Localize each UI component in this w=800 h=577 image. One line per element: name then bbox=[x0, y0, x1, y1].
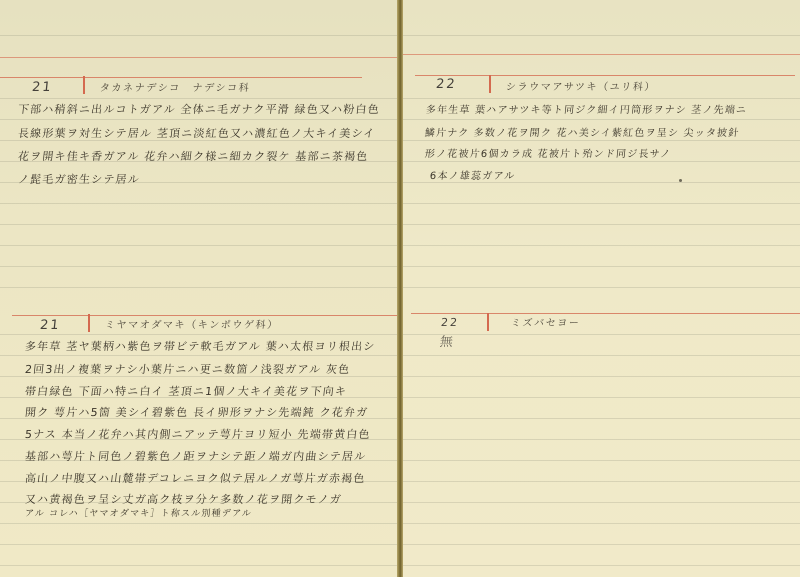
ruled-line bbox=[0, 565, 397, 566]
entry-number: 22 bbox=[435, 77, 457, 92]
note-line: 下部ハ稍斜ニ出ルコトガアル 全体ニ毛ガナク平滑 緑色又ハ粉白色 bbox=[17, 101, 381, 117]
ruled-line bbox=[403, 397, 800, 398]
species-name: ミズバセヨー bbox=[510, 314, 581, 329]
red-margin-tick bbox=[489, 75, 491, 93]
note-line: 開ク 萼片ハ5箇 美シイ碧紫色 長イ卵形ヲナシ先端鈍 ク花弁ガ bbox=[24, 404, 369, 420]
entry-number: 21 bbox=[39, 318, 61, 333]
ruled-line bbox=[403, 287, 800, 288]
ruled-line bbox=[403, 182, 800, 183]
ruled-line bbox=[403, 334, 800, 335]
ruled-line bbox=[403, 140, 800, 141]
ruled-line bbox=[403, 355, 800, 356]
ruled-line bbox=[0, 119, 397, 120]
ruled-line bbox=[403, 418, 800, 419]
ruled-line bbox=[403, 224, 800, 225]
ink-speck bbox=[679, 179, 682, 182]
note-line: 5ナス 本当ノ花弁ハ其内側ニアッテ萼片ヨリ短小 先端帯黄白色 bbox=[24, 426, 371, 442]
note-line: 6本ノ雄蕊ガアル bbox=[429, 167, 516, 182]
ruled-line bbox=[0, 266, 397, 267]
ruled-line bbox=[0, 35, 397, 36]
red-margin-tick bbox=[83, 76, 85, 94]
ruled-line bbox=[0, 245, 397, 246]
ruled-line bbox=[403, 502, 800, 503]
note-line: 無 bbox=[439, 331, 455, 350]
note-line: 高山ノ中腹又ハ山麓帯デコレニヨク似テ居ルノガ萼片ガ赤褐色 bbox=[24, 470, 366, 486]
ruled-line bbox=[403, 203, 800, 204]
note-line: ノ髭毛ガ密生シテ居ル bbox=[17, 171, 141, 187]
red-margin-tick bbox=[88, 314, 90, 332]
ruled-line bbox=[403, 565, 800, 566]
note-line: 多年草 茎ヤ葉柄ハ紫色ヲ帯ビテ軟毛ガアル 葉ハ太根ヨリ根出シ bbox=[24, 338, 376, 354]
ruled-line bbox=[0, 523, 397, 524]
ruled-line bbox=[403, 35, 800, 36]
note-line: アル コレハ［ヤマオダマキ］ト称スル別種デアル bbox=[24, 506, 252, 519]
note-line: 長線形葉ヲ対生シテ居ル 茎頂ニ淡紅色又ハ濃紅色ノ大キイ美シイ bbox=[17, 125, 376, 141]
ruled-line bbox=[0, 203, 397, 204]
entry-number: 22 bbox=[440, 316, 459, 329]
ruled-line bbox=[0, 224, 397, 225]
ruled-line bbox=[403, 460, 800, 461]
note-line: 又ハ黄褐色ヲ呈シ丈ガ高ク枝ヲ分ケ多数ノ花ヲ開クモノガ bbox=[24, 491, 343, 507]
ruled-line bbox=[403, 439, 800, 440]
note-line: 形ノ花被片6個カラ成 花被片ト殆ンド同ジ長サノ bbox=[424, 145, 672, 160]
ruled-line bbox=[403, 481, 800, 482]
ruled-line bbox=[403, 523, 800, 524]
ruled-line bbox=[0, 98, 397, 99]
note-line: 花ヲ開キ佳キ香ガアル 花弁ハ細ク様ニ細カク裂ケ 基部ニ茶褐色 bbox=[17, 148, 369, 164]
ruled-line bbox=[403, 544, 800, 545]
ruled-line bbox=[0, 334, 397, 335]
note-line: 帯白緑色 下面ハ特ニ白イ 茎頂ニ1個ノ大キイ美花ヲ下向キ bbox=[24, 383, 348, 399]
ruled-line bbox=[0, 544, 397, 545]
red-entry-rule bbox=[0, 77, 362, 78]
ruled-line bbox=[403, 98, 800, 99]
species-name: ミヤマオダマキ（キンポウゲ科） bbox=[104, 316, 279, 331]
ruled-line bbox=[403, 245, 800, 246]
species-name: タカネナデシコ ナデシコ科 bbox=[99, 79, 251, 94]
right-notebook-page: 22 シラウマアサツキ（ユリ科） 多年生草 葉ハアサツキ等ト同ジク細イ円筒形ヲナ… bbox=[403, 0, 800, 577]
ruled-line bbox=[0, 287, 397, 288]
red-entry-rule bbox=[411, 313, 800, 314]
note-line: 鱗片ナク 多数ノ花ヲ開ク 花ハ美シイ紫紅色ヲ呈シ 尖ッタ披針 bbox=[424, 124, 740, 139]
note-line: 多年生草 葉ハアサツキ等ト同ジク細イ円筒形ヲナシ 茎ノ先端ニ bbox=[425, 101, 748, 116]
red-entry-rule bbox=[415, 75, 795, 76]
red-margin-tick bbox=[487, 313, 489, 331]
ruled-line bbox=[403, 161, 800, 162]
ruled-line bbox=[403, 119, 800, 120]
ruled-line bbox=[403, 266, 800, 267]
red-header-rule bbox=[0, 57, 397, 58]
ruled-line bbox=[0, 355, 397, 356]
note-line: 基部ハ萼片ト同色ノ碧紫色ノ距ヲナシテ距ノ端ガ内曲シテ居ル bbox=[24, 448, 367, 464]
ruled-line bbox=[403, 376, 800, 377]
entry-number: 21 bbox=[31, 80, 53, 95]
species-name: シラウマアサツキ（ユリ科） bbox=[505, 78, 657, 93]
note-line: 2回3出ノ複葉ヲナシ小葉片ニハ更ニ数箇ノ浅裂ガアル 灰色 bbox=[24, 361, 351, 377]
left-notebook-page: 21 タカネナデシコ ナデシコ科 下部ハ稍斜ニ出ルコトガアル 全体ニ毛ガナク平滑… bbox=[0, 0, 397, 577]
red-header-rule bbox=[403, 54, 800, 55]
